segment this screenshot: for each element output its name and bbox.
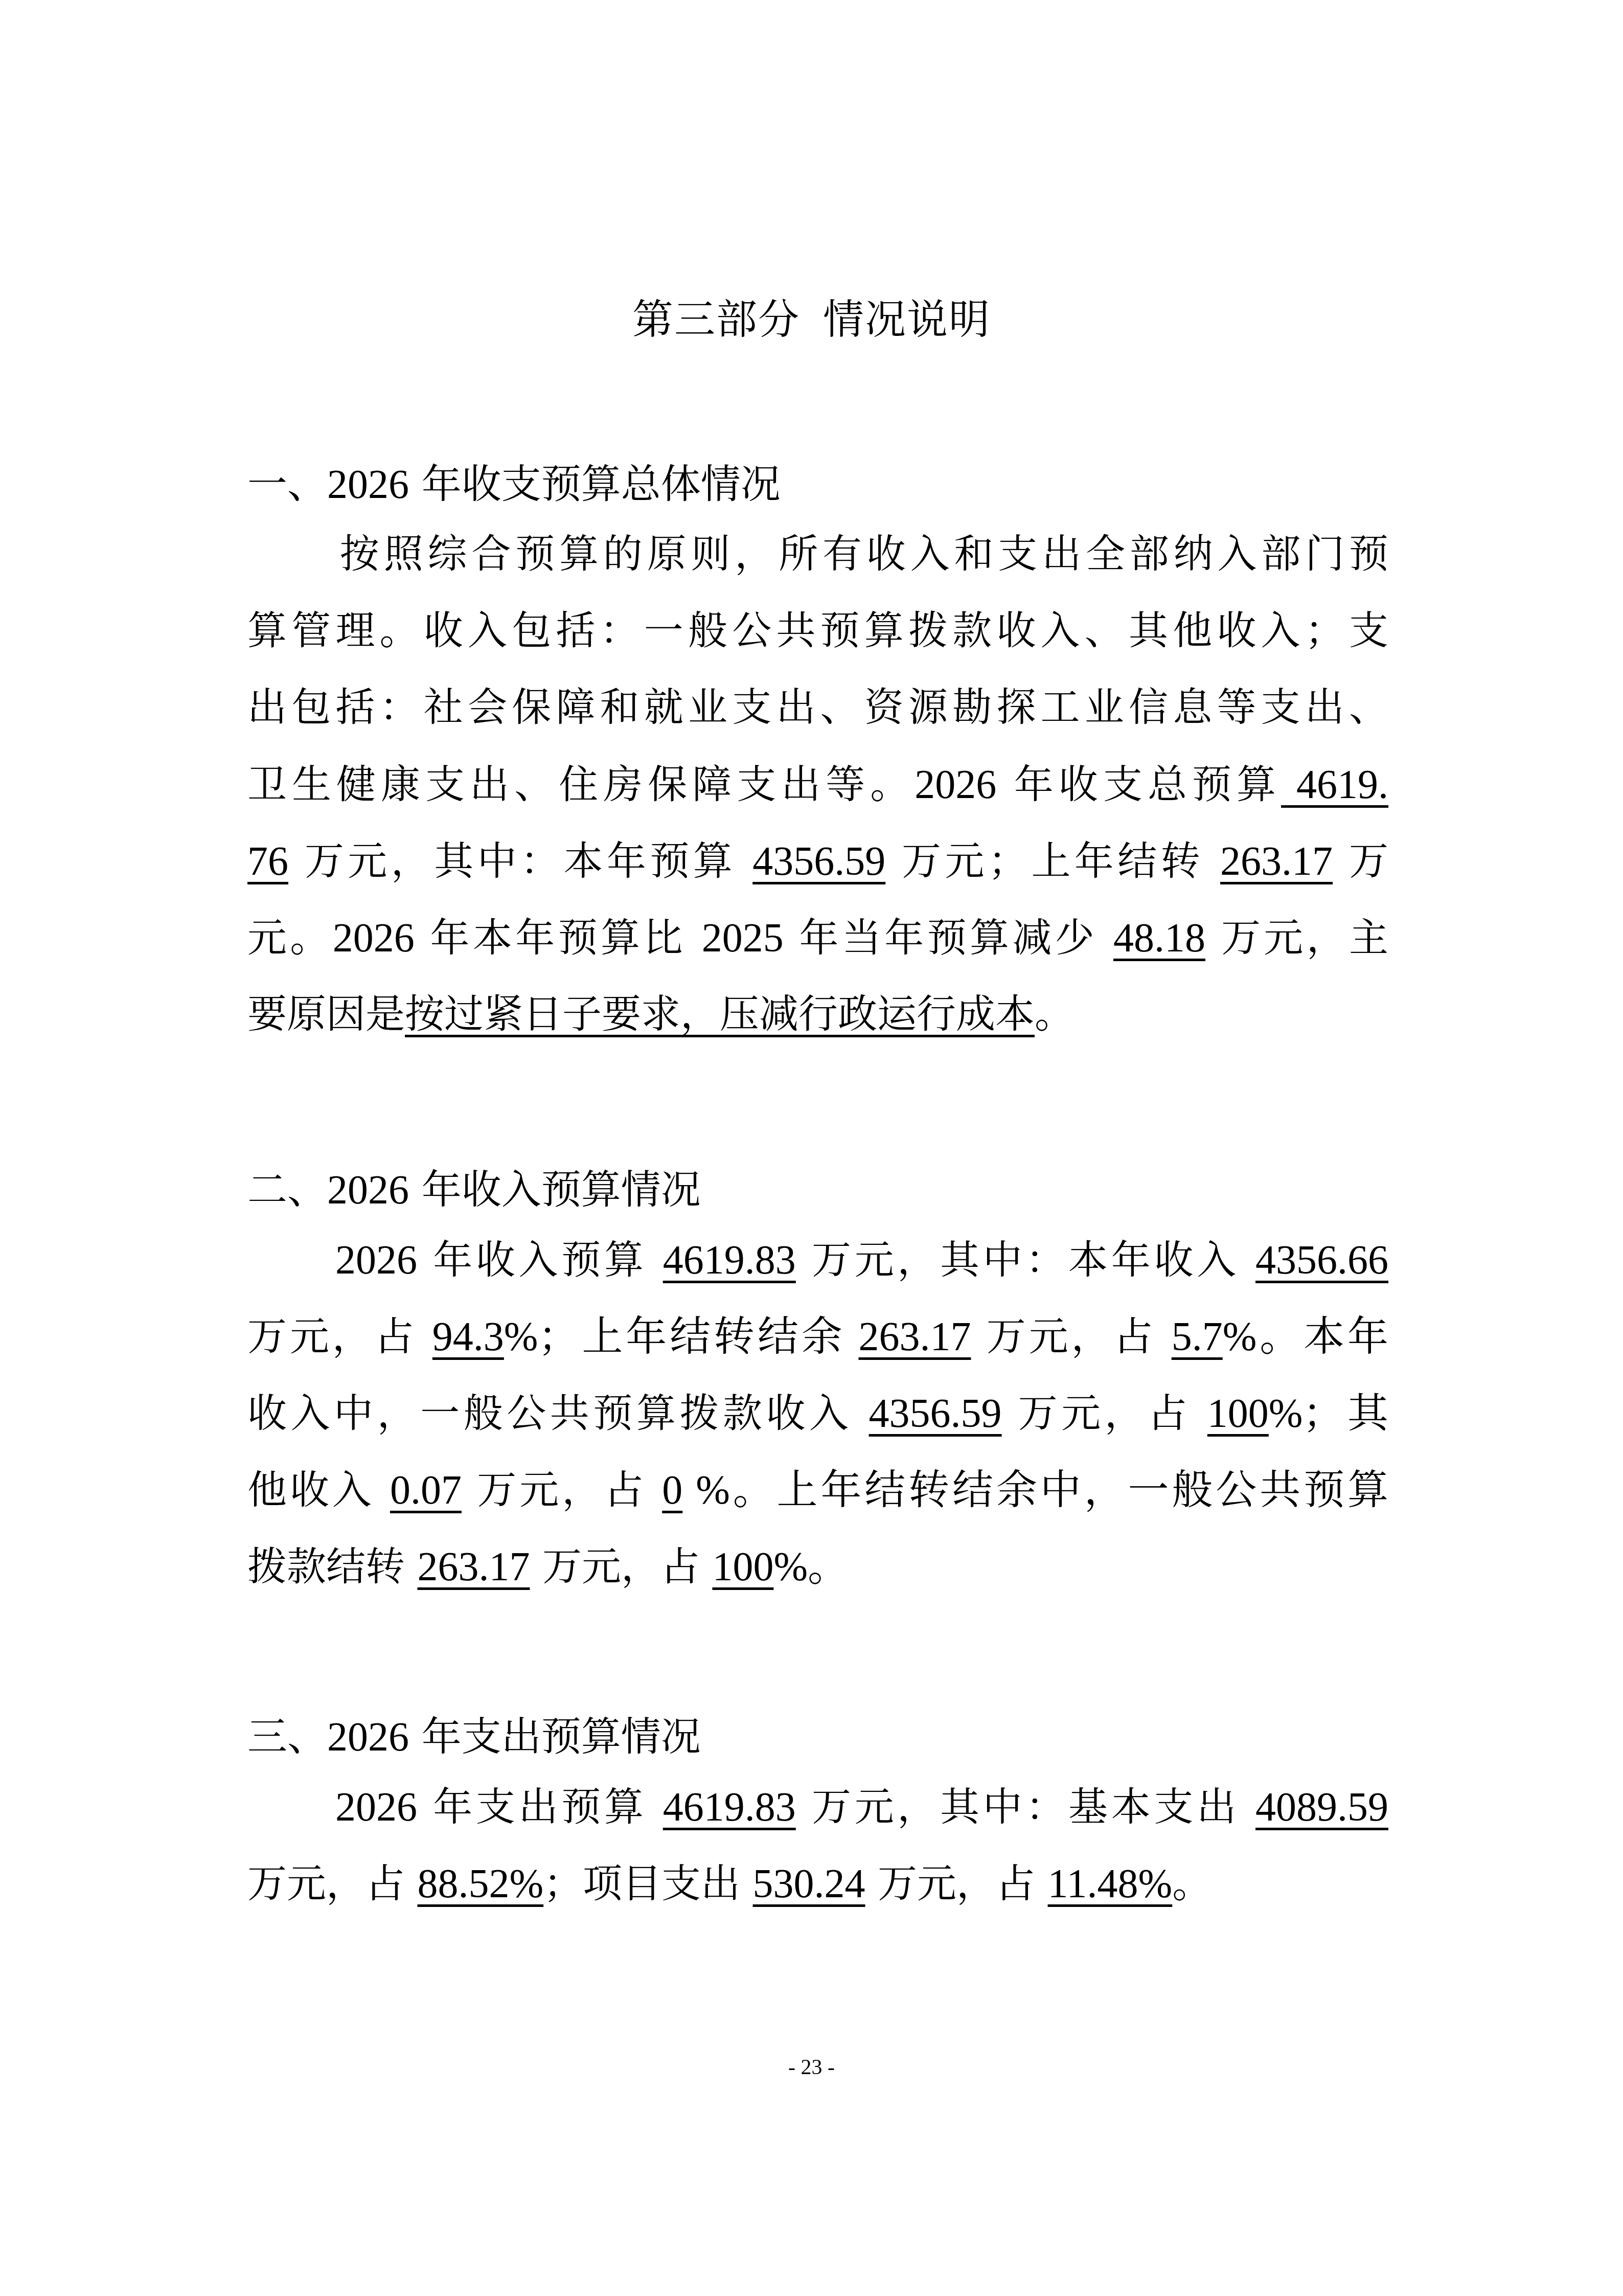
total-budget-value: 4619. [1281, 762, 1388, 807]
current-year-income-value: 4356.66 [1255, 1238, 1388, 1283]
paragraph-line: 卫生健康支出、住房保障支出等。2026 年收支总预算 4619. [247, 746, 1388, 823]
heading-year: 2026 [327, 462, 409, 507]
section-heading-overall: 一、2026 年收支预算总体情况 [247, 452, 781, 510]
expenditure-budget-value: 4619.83 [663, 1785, 796, 1830]
page-title: 第三部分情况说明 [0, 286, 1623, 345]
section-paragraph-overall: 按照综合预算的原则，所有收入和支出全部纳入部门预 算管理。收入包括：一般公共预算… [247, 516, 1388, 1053]
paragraph-line: 76 万元，其中：本年预算 4356.59 万元；上年结转 263.17 万 [247, 823, 1388, 900]
section-paragraph-income: 2026 年收入预算 4619.83 万元，其中：本年收入 4356.66 万元… [247, 1222, 1388, 1605]
heading-prefix: 二、 [247, 1167, 327, 1213]
heading-prefix: 三、 [247, 1714, 327, 1760]
title-part-label: 第三部分 [632, 295, 800, 343]
section-heading-expenditure: 三、2026 年支出预算情况 [247, 1705, 701, 1762]
carryover-value: 263.17 [1220, 839, 1333, 884]
section-heading-income: 二、2026 年收入预算情况 [247, 1158, 701, 1215]
heading-text: 年收支预算总体情况 [409, 462, 781, 508]
heading-year: 2026 [327, 1715, 409, 1760]
paragraph-line: 出包括：社会保障和就业支出、资源勘探工业信息等支出、 [247, 670, 1388, 746]
paragraph-line: 要原因是按过紧日子要求，压减行政运行成本。 [247, 976, 1388, 1053]
reduction-value: 48.18 [1113, 916, 1205, 961]
heading-text: 年收入预算情况 [409, 1167, 701, 1213]
paragraph-line: 拨款结转 263.17 万元，占 100%。 [247, 1529, 1388, 1605]
title-section-label: 情况说明 [823, 295, 991, 343]
paragraph-line: 元。2026 年本年预算比 2025 年当年预算减少 48.18 万元，主 [247, 900, 1388, 976]
paragraph-line: 2026 年收入预算 4619.83 万元，其中：本年收入 4356.66 [247, 1222, 1388, 1299]
income-budget-value: 4619.83 [663, 1238, 796, 1283]
paragraph-line: 按照综合预算的原则，所有收入和支出全部纳入部门预 [247, 516, 1388, 593]
reduction-reason: 按过紧日子要求，压减行政运行成本 [405, 992, 1035, 1037]
heading-text: 年支出预算情况 [409, 1714, 701, 1760]
heading-year: 2026 [327, 1168, 409, 1213]
current-year-budget-value: 4356.59 [752, 839, 885, 884]
document-page: 第三部分情况说明 一、2026 年收支预算总体情况 按照综合预算的原则，所有收入… [0, 0, 1623, 2296]
paragraph-line: 收入中，一般公共预算拨款收入 4356.59 万元，占 100%；其 [247, 1375, 1388, 1452]
basic-expenditure-value: 4089.59 [1255, 1785, 1388, 1830]
section-paragraph-expenditure: 2026 年支出预算 4619.83 万元，其中：基本支出 4089.59 万元… [247, 1769, 1388, 1922]
paragraph-line: 万元，占 88.52%；项目支出 530.24 万元，占 11.48%。 [247, 1846, 1388, 1922]
paragraph-line: 他收入 0.07 万元，占 0 %。上年结转结余中，一般公共预算 [247, 1452, 1388, 1529]
paragraph-line: 万元，占 94.3%；上年结转结余 263.17 万元，占 5.7%。本年 [247, 1299, 1388, 1375]
page-number: - 23 - [0, 2055, 1623, 2080]
heading-prefix: 一、 [247, 462, 327, 508]
paragraph-line: 算管理。收入包括：一般公共预算拨款收入、其他收入；支 [247, 593, 1388, 670]
paragraph-line: 2026 年支出预算 4619.83 万元，其中：基本支出 4089.59 [247, 1769, 1388, 1846]
